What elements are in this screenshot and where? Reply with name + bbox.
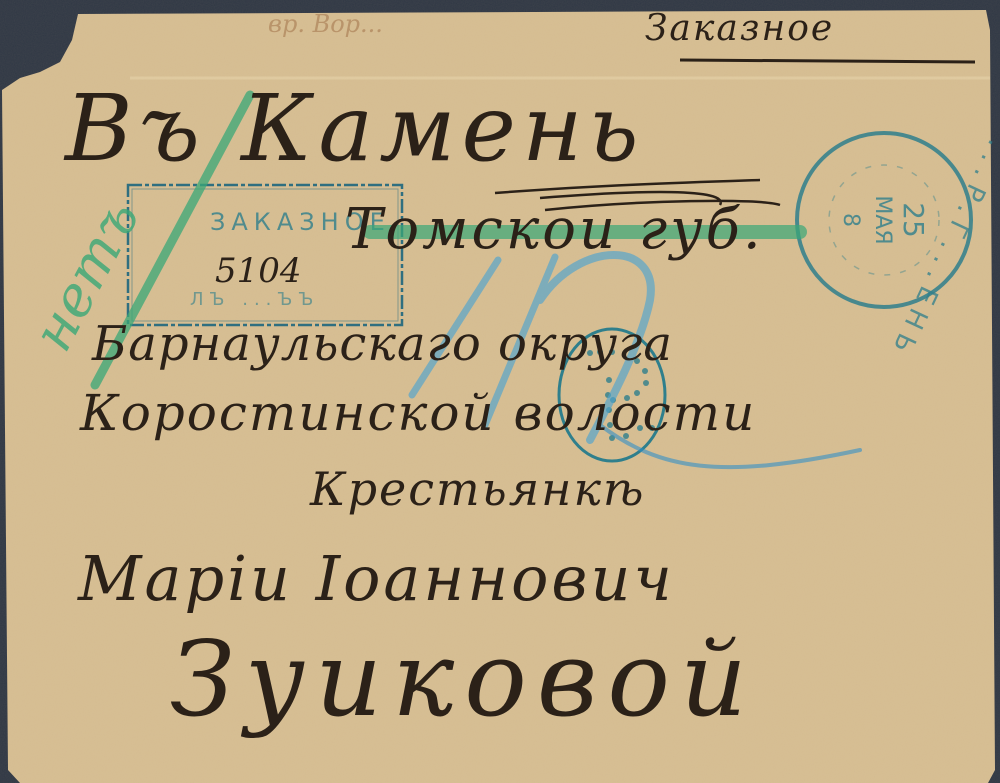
address-line-3: Барнаульскаго округа	[91, 316, 673, 372]
address-line-2-struck: Томскои губ.	[345, 197, 764, 262]
address-line-1: Въ Камень	[63, 75, 645, 182]
address-line-5: Крестьянкѣ	[309, 462, 646, 516]
registered-underline	[680, 60, 975, 62]
faded-note: вр. Вор...	[268, 10, 383, 38]
address-line-7: Зуиковой	[170, 618, 757, 740]
svg-text:25: 25	[897, 202, 930, 238]
registered-label: Заказное	[645, 8, 834, 49]
address-line-6: Марiи Іоаннович	[77, 542, 675, 615]
svg-text:МАЯ: МАЯ	[870, 195, 895, 244]
registration-label-bottom: ЛЪ ...ЪЪ	[190, 289, 319, 310]
address-line-4: Коростинской волости	[79, 384, 756, 442]
svg-text:8: 8	[838, 213, 863, 227]
envelope-photo: ЗАКАЗНОЕ 5104 ЛЪ ...ЪЪ нетъ 25 МАЯ 8 ...…	[0, 0, 1000, 783]
registration-number: 5104	[215, 251, 302, 291]
